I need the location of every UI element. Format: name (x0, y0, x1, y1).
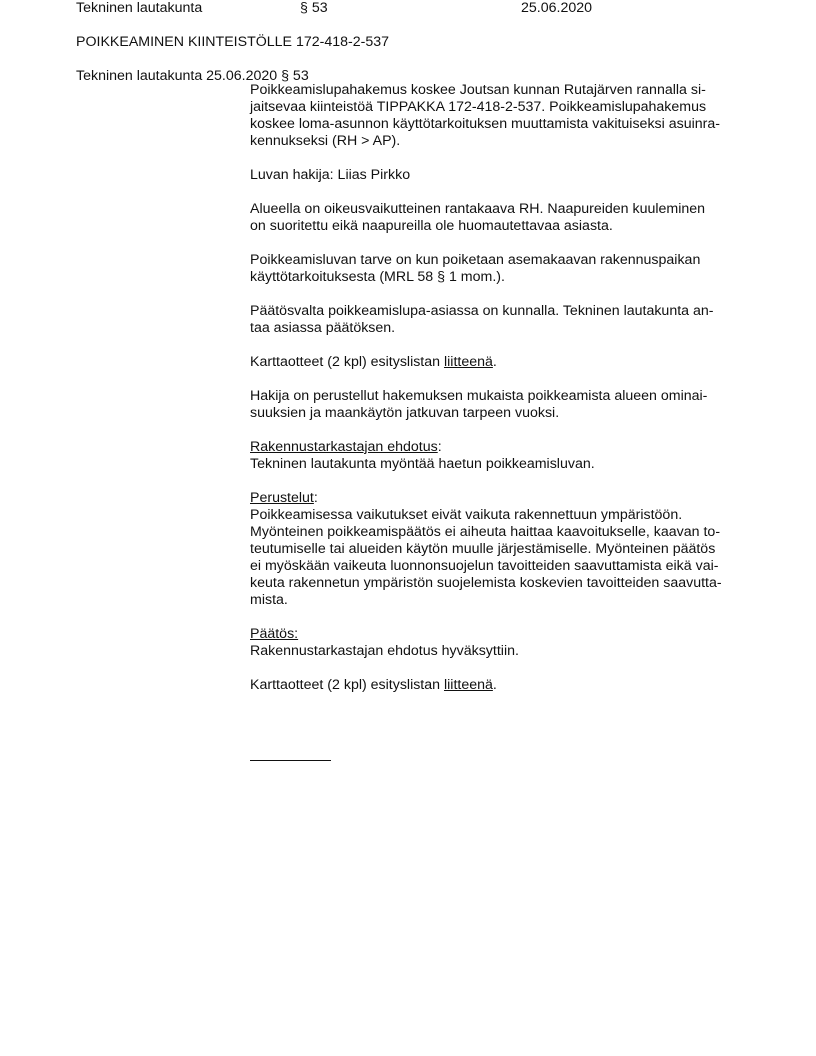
decision-text: Rakennustarkastajan ehdotus hyväksyttiin… (250, 643, 750, 660)
paragraph-need: Poikkeamisluvan tarve on kun poiketaan a… (250, 252, 750, 286)
paragraph-attachment-1: Karttaotteet (2 kpl) esityslistan liitte… (250, 354, 750, 371)
paragraph-authority: Päätösvalta poikkeamislupa-asiassa on ku… (250, 303, 750, 337)
proposal-text: Tekninen lautakunta myöntää haetun poikk… (250, 456, 750, 473)
document-body: Poikkeamislupahakemus koskee Joutsan kun… (250, 82, 750, 711)
decision-heading: Päätös: (250, 626, 298, 642)
document-title: POIKKEAMINEN KIINTEISTÖLLE 172-418-2-537 (76, 34, 389, 51)
signature-rule (250, 760, 331, 761)
paragraph-attachment-2: Karttaotteet (2 kpl) esityslistan liitte… (250, 677, 750, 694)
header-date: 25.06.2020 (521, 0, 592, 17)
attachment-link[interactable]: liitteenä (444, 677, 493, 693)
paragraph-application: Poikkeamislupahakemus koskee Joutsan kun… (250, 82, 750, 150)
grounds-heading: Perustelut (250, 490, 314, 506)
attachment-link[interactable]: liitteenä (444, 354, 493, 370)
paragraph-zoning: Alueella on oikeusvaikutteinen rantakaav… (250, 201, 750, 235)
paragraph-applicant: Luvan hakija: Liias Pirkko (250, 167, 750, 184)
header-committee: Tekninen lautakunta (76, 0, 202, 17)
paragraph-justification: Hakija on perustellut hakemuksen mukaist… (250, 388, 750, 422)
paragraph-proposal: Rakennustarkastajan ehdotus: Tekninen la… (250, 439, 750, 473)
proposal-heading: Rakennustarkastajan ehdotus (250, 439, 438, 455)
paragraph-decision: Päätös: Rakennustarkastajan ehdotus hyvä… (250, 626, 750, 660)
header-section: § 53 (300, 0, 328, 17)
paragraph-grounds: Perustelut: Poikkeamisessa vaikutukset e… (250, 490, 750, 609)
